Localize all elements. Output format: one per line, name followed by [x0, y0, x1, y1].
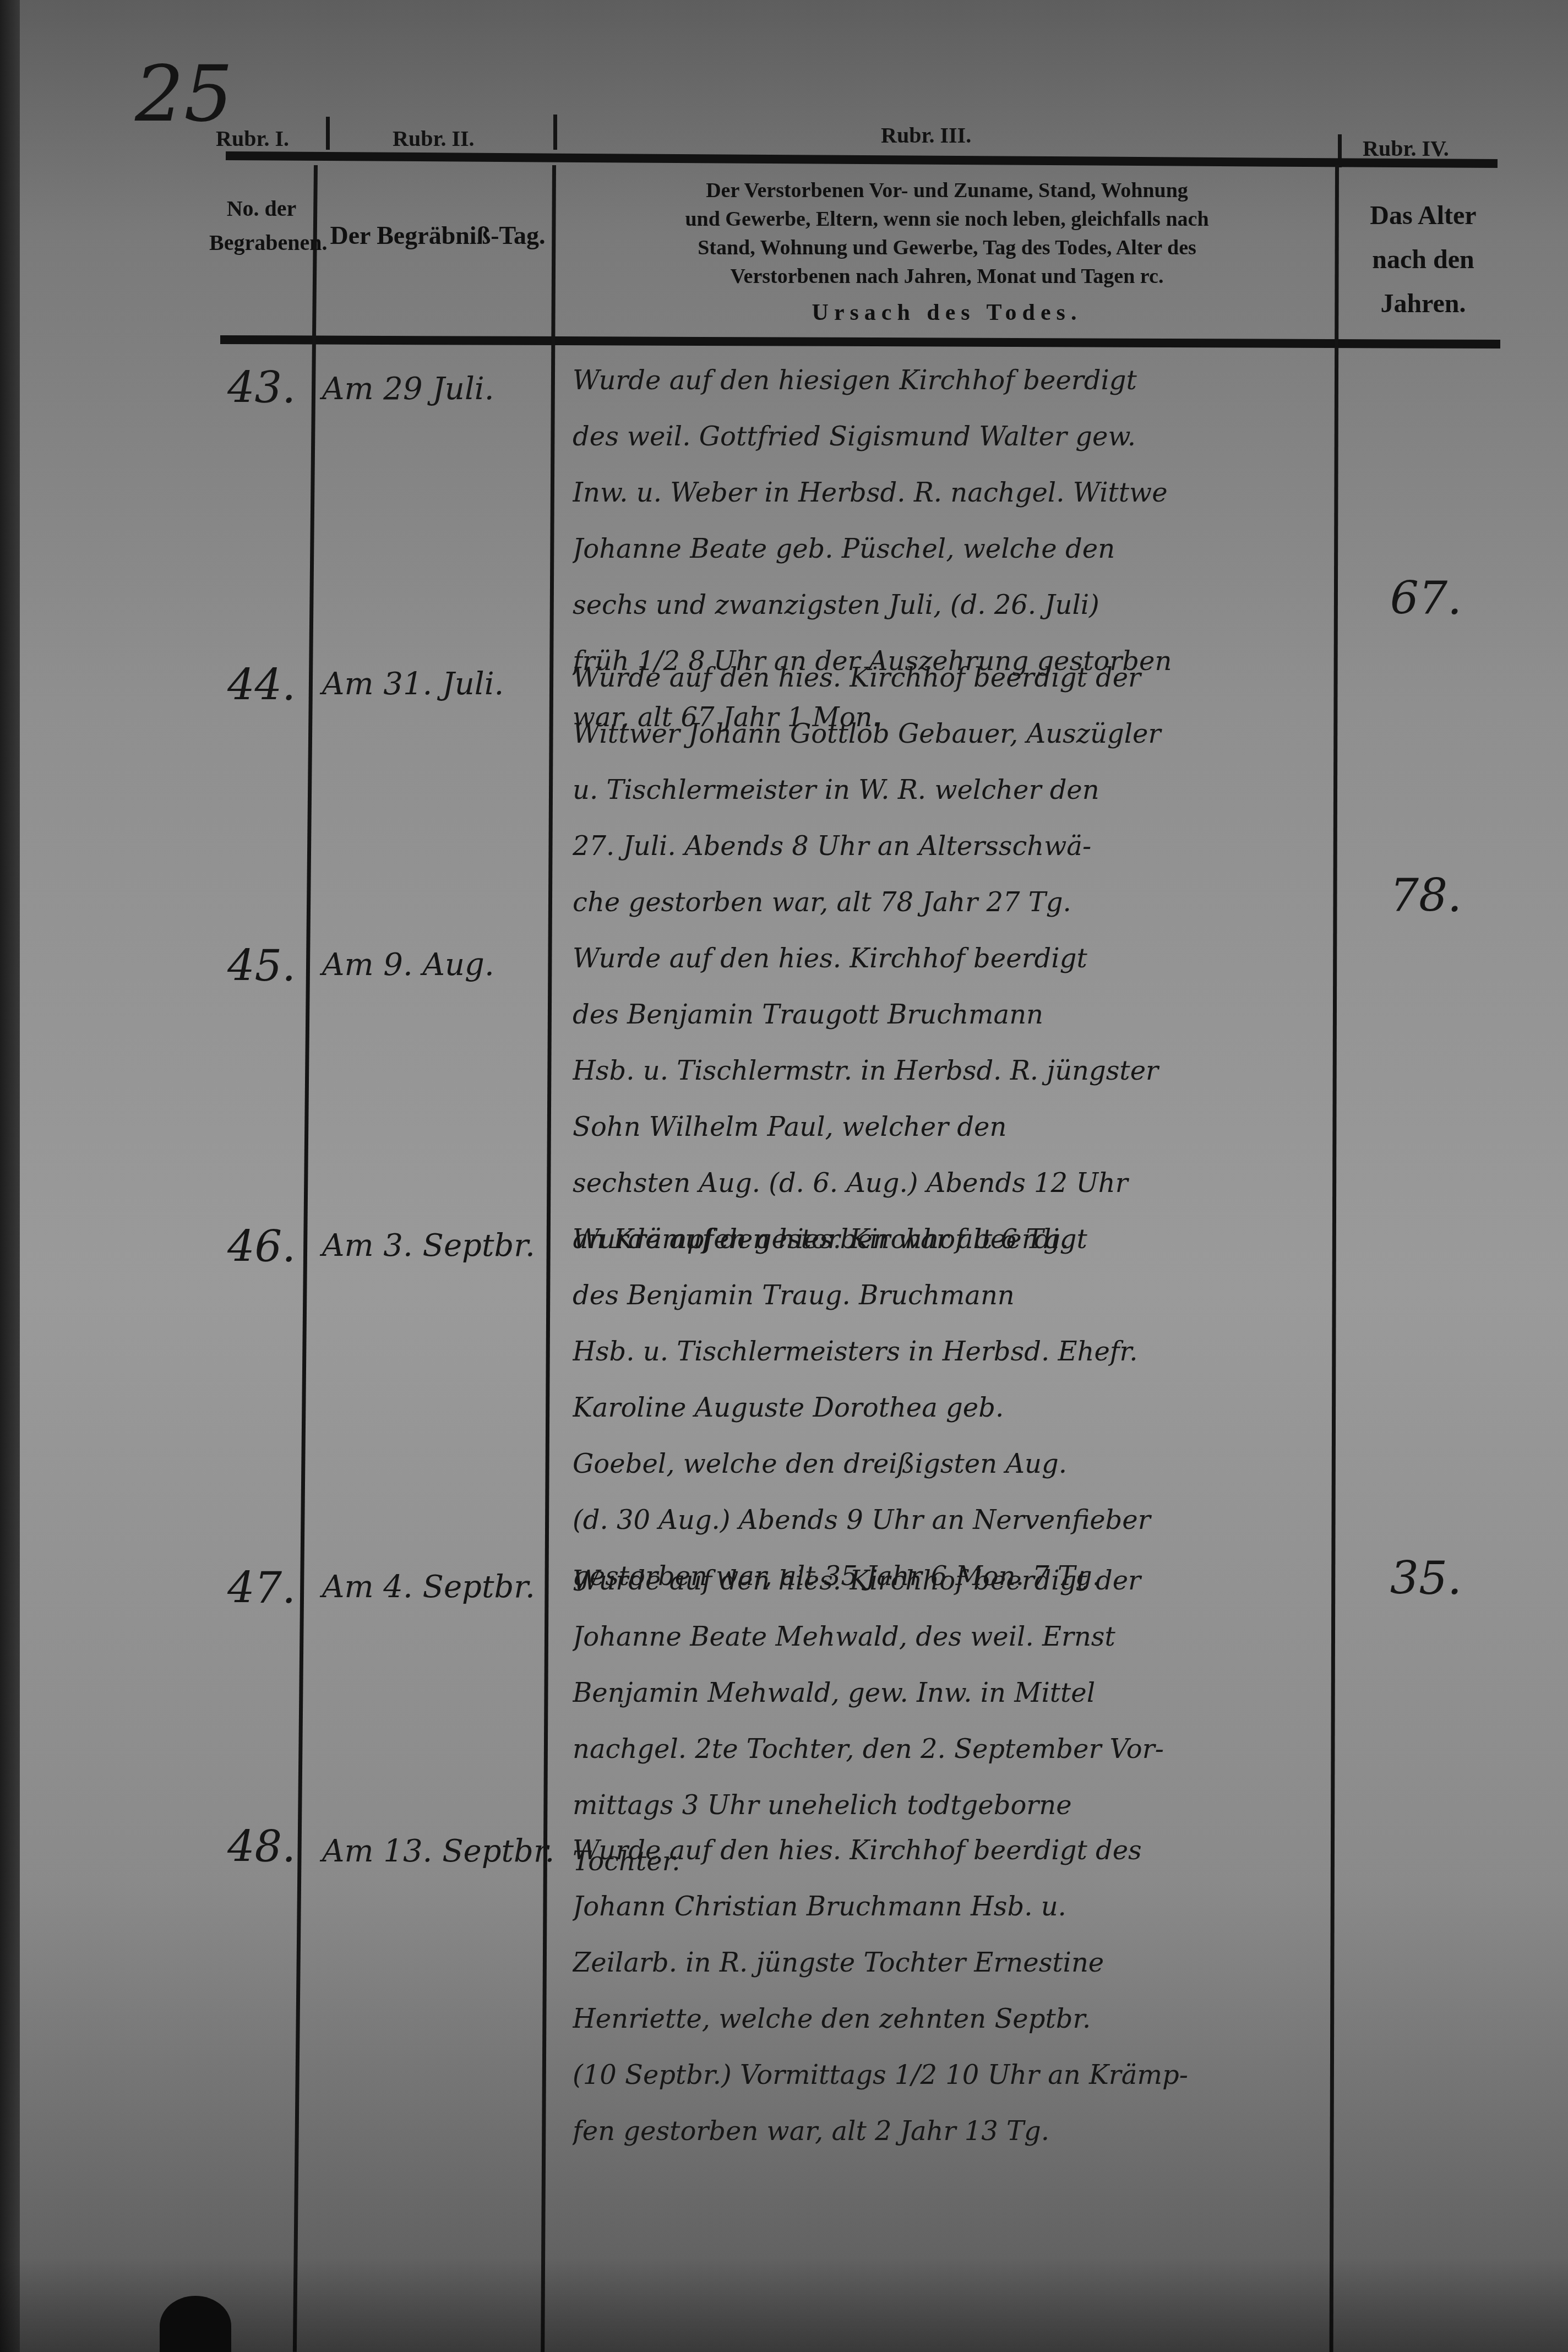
- entry-number: 48.: [209, 1822, 314, 1872]
- age-at-death: 78.: [1354, 870, 1498, 922]
- entry-line: Johanne Beate geb. Püschel, welche den: [573, 521, 1327, 577]
- entry-line: Zeilarb. in R. jüngste Tochter Ernestine: [573, 1935, 1327, 1991]
- entry-number: 43.: [209, 363, 314, 413]
- entry-number: 47.: [209, 1564, 314, 1613]
- burial-date: Am 29 Juli.: [322, 371, 559, 407]
- rubric-divider: [553, 115, 557, 150]
- entry-line: des weil. Gottfried Sigismund Walter gew…: [573, 409, 1327, 465]
- entry-line: nachgel. 2te Tochter, den 2. September V…: [573, 1721, 1327, 1777]
- entry-number: 46.: [209, 1222, 314, 1272]
- register-page: 25 Rubr. I. Rubr. II. Rubr. III. Rubr. I…: [0, 0, 1568, 2352]
- pen-shadow: [160, 2296, 231, 2352]
- entry-line: u. Tischlermeister in W. R. welcher den: [573, 762, 1327, 818]
- cause-of-death-header: Ursach des Todes.: [567, 298, 1327, 327]
- burial-date: Am 13. Septbr.: [322, 1833, 559, 1869]
- page-shadow: [0, 2257, 1568, 2352]
- entry-number: 44.: [209, 661, 314, 710]
- book-binding-edge: [0, 0, 20, 2352]
- entry-line: che gestorben war, alt 78 Jahr 27 Tg.: [573, 874, 1327, 930]
- entry-line: Benjamin Mehwald, gew. Inw. in Mittel: [573, 1665, 1327, 1721]
- entry-line: Wurde auf den hiesigen Kirchhof beerdigt: [573, 352, 1327, 409]
- entry-line: Goebel, welche den dreißigsten Aug.: [573, 1436, 1327, 1492]
- burial-date: Am 9. Aug.: [322, 947, 559, 983]
- entry-line: fen gestorben war, alt 2 Jahr 13 Tg.: [573, 2103, 1327, 2159]
- entry-line: sechsten Aug. (d. 6. Aug.) Abends 12 Uhr: [573, 1155, 1327, 1211]
- age-at-death: 35.: [1354, 1553, 1498, 1605]
- column-header-burial-day: Der Begräbniß-Tag.: [322, 208, 553, 263]
- entry-text: Wurde auf den hies. Kirchhof beerdigt de…: [573, 650, 1327, 930]
- burial-date: Am 31. Juli.: [322, 666, 559, 702]
- entry-text: Wurde auf den hies. Kirchhof beerdigt de…: [573, 1822, 1327, 2159]
- entry-line: (d. 30 Aug.) Abends 9 Uhr an Nervenfiebe…: [573, 1492, 1327, 1548]
- entry-line: Johanne Beate Mehwald, des weil. Ernst: [573, 1609, 1327, 1665]
- rubric-4-label: Rubr. IV.: [1363, 135, 1449, 161]
- entry-line: Wurde auf den hies. Kirchhof beerdigt de…: [573, 1822, 1327, 1879]
- details-header-line: Der Verstorbenen Vor- und Zuname, Stand,…: [567, 176, 1327, 205]
- entry-line: Karoline Auguste Dorothea geb.: [573, 1380, 1327, 1436]
- entry-line: sechs und zwanzigsten Juli, (d. 26. Juli…: [573, 577, 1327, 633]
- burial-date: Am 4. Septbr.: [322, 1569, 559, 1605]
- column-header-details: Der Verstorbenen Vor- und Zuname, Stand,…: [567, 176, 1327, 327]
- details-header-line: und Gewerbe, Eltern, wenn sie noch leben…: [567, 205, 1327, 233]
- entry-line: Wurde auf den hies. Kirchhof beerdigt de…: [573, 650, 1327, 706]
- rubric-divider: [326, 117, 330, 150]
- header-bottom-rule: [220, 335, 1500, 349]
- column-header-number: No. der Begrabenen.: [209, 192, 314, 260]
- age-at-death: 67.: [1354, 573, 1498, 625]
- rubric-2-label: Rubr. II.: [393, 126, 475, 151]
- details-header-line: Verstorbenen nach Jahren, Monat und Tage…: [567, 262, 1327, 291]
- column-divider-3: [1330, 165, 1339, 2352]
- entry-line: Wurde auf den hies. Kirchhof beerdigt: [573, 1211, 1327, 1267]
- column-header-age: Das Alter nach den Jahren.: [1343, 194, 1503, 326]
- entry-line: Wurde auf den hies. Kirchhof beerdigt de…: [573, 1553, 1327, 1609]
- rubric-1-label: Rubr. I.: [216, 126, 289, 151]
- rubric-3-label: Rubr. III.: [881, 122, 971, 148]
- burial-date: Am 3. Septbr.: [322, 1228, 559, 1264]
- entry-line: Hsb. u. Tischlermstr. in Herbsd. R. jüng…: [573, 1043, 1327, 1099]
- entry-line: Wurde auf den hies. Kirchhof beerdigt: [573, 930, 1327, 987]
- entry-line: Wittwer Johann Gottlob Gebauer, Auszügle…: [573, 706, 1327, 762]
- entry-line: 27. Juli. Abends 8 Uhr an Altersschwä-: [573, 818, 1327, 874]
- details-header-line: Stand, Wohnung und Gewerbe, Tag des Tode…: [567, 233, 1327, 262]
- entry-line: Hsb. u. Tischlermeisters in Herbsd. Ehef…: [573, 1324, 1327, 1380]
- entry-line: Henriette, welche den zehnten Septbr.: [573, 1991, 1327, 2047]
- entry-line: Sohn Wilhelm Paul, welcher den: [573, 1099, 1327, 1155]
- entry-line: (10 Septbr.) Vormittags 1/2 10 Uhr an Kr…: [573, 2047, 1327, 2103]
- entry-text: Wurde auf den hies. Kirchhof beerdigt de…: [573, 1211, 1327, 1604]
- entry-line: Inw. u. Weber in Herbsd. R. nachgel. Wit…: [573, 465, 1327, 521]
- entry-line: des Benjamin Traug. Bruchmann: [573, 1267, 1327, 1324]
- entry-line: Johann Christian Bruchmann Hsb. u.: [573, 1879, 1327, 1935]
- entry-number: 45.: [209, 941, 314, 991]
- entry-line: des Benjamin Traugott Bruchmann: [573, 987, 1327, 1043]
- header-top-rule: [226, 151, 1498, 168]
